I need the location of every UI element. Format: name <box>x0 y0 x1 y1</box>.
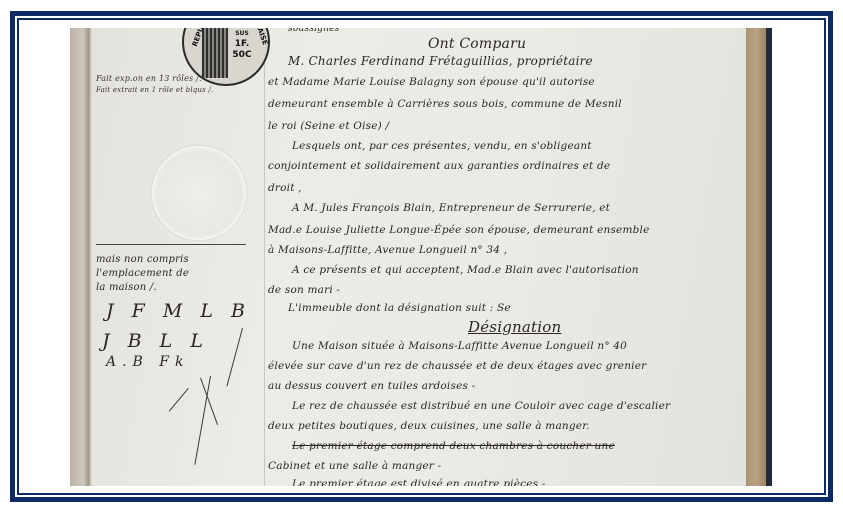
heading-ont-comparu: Ont Comparu <box>428 36 526 52</box>
initials-row-1: J F M L B <box>106 300 251 322</box>
designation-line-1: Une Maison située à Maisons-Laffitte Ave… <box>292 340 627 352</box>
designation-line-8: Le premier étage est divisé en quatre pi… <box>292 478 546 486</box>
stamp-line3: 1F. <box>230 39 254 50</box>
designation-line-3: au dessus couvert en tuiles ardoises - <box>268 380 475 392</box>
doc-line-5: Lesquels ont, par ces présentes, vendu, … <box>292 140 592 152</box>
doc-line-11: A ce présents et qui acceptent, Mad.e Bl… <box>292 264 639 276</box>
embossed-seal-icon <box>152 146 246 240</box>
margin-addition-2: l'emplacement de <box>96 268 189 279</box>
signature-stroke <box>169 388 189 412</box>
doc-line-6: conjointement et solidairement aux garan… <box>268 160 610 172</box>
book-binding <box>746 28 766 486</box>
doc-line-9: Mad.e Louise Juliette Longue-Épée son ép… <box>268 224 650 236</box>
doc-line-13: L'immeuble dont la désignation suit : Se <box>288 302 511 314</box>
signature-stroke <box>194 376 211 465</box>
designation-line-5: deux petites boutiques, deux cuisines, u… <box>268 420 590 432</box>
designation-line-4: Le rez de chaussée est distribué en une … <box>292 400 670 412</box>
header-fragment: soussignés <box>288 28 339 34</box>
margin-rule <box>264 28 265 486</box>
stamp-value: 2¹⁰ EN SUS 1F. 50C <box>230 28 254 66</box>
section-heading-designation: Désignation <box>468 318 561 336</box>
margin-addition-3: la maison /. <box>96 282 157 293</box>
binding-shadow <box>766 28 772 486</box>
stamp-line4: 50C <box>230 50 254 61</box>
margin-addition-1: mais non compris <box>96 254 189 265</box>
doc-line-1: M. Charles Ferdinand Frétaguillias, prop… <box>288 54 593 68</box>
designation-line-2: élevée sur cave d'un rez de chaussée et … <box>268 360 646 372</box>
doc-line-3: demeurant ensemble à Carrières sous bois… <box>268 98 622 110</box>
doc-line-10: à Maisons-Laffitte, Avenue Longueil n° 3… <box>268 244 507 256</box>
margin-note-2: Fait extrait en 1 rôle et blqus /. <box>96 86 213 94</box>
doc-line-2: et Madame Marie Louise Balagny son épous… <box>268 76 595 88</box>
initials-row-3: A.B Fk <box>106 354 190 370</box>
page-left-edge <box>70 28 92 486</box>
paper-page: 2¹⁰ EN SUS 1F. 50C REPUB ÇAISE Fait exp.… <box>92 28 746 486</box>
document-photo: 2¹⁰ EN SUS 1F. 50C REPUB ÇAISE Fait exp.… <box>70 28 772 486</box>
stamp-figure-icon <box>202 28 228 78</box>
doc-line-8: A M. Jules François Blain, Entrepreneur … <box>292 202 610 214</box>
signature-stroke <box>226 328 242 386</box>
doc-line-12: de son mari - <box>268 284 340 296</box>
stamp-ring-right: ÇAISE <box>254 28 269 46</box>
margin-note-1: Fait exp.on en 13 rôles /. <box>96 74 202 83</box>
designation-line-6-struck: Le premier étage comprend deux chambres … <box>292 440 615 452</box>
doc-line-7: droit , <box>268 182 302 194</box>
designation-line-7: Cabinet et une salle à manger - <box>268 460 441 472</box>
stamp-line2: EN SUS <box>230 28 254 39</box>
initials-row-2: J B L L <box>102 330 209 352</box>
margin-divider <box>96 244 246 245</box>
doc-line-4: le roi (Seine et Oise) / <box>268 120 389 132</box>
